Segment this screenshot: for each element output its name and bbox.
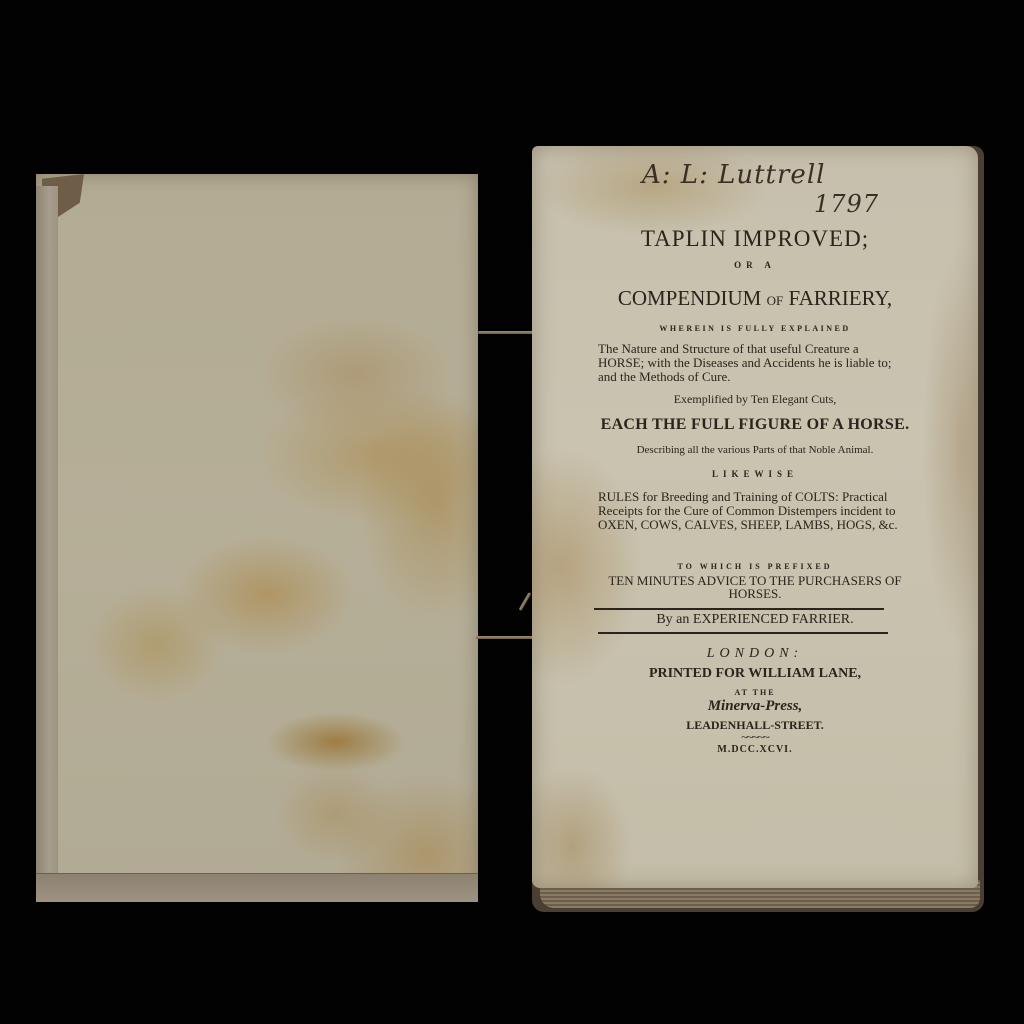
subtitle-part-2: OF: [767, 293, 784, 308]
imprint-city: LONDON:: [532, 646, 978, 662]
binding-string-loose: [519, 592, 532, 611]
rule-bottom: [598, 632, 888, 634]
cover-spine-edge: [36, 186, 58, 876]
cover-bottom-turn-in: [36, 873, 478, 902]
likewise-heading: LIKEWISE: [532, 469, 978, 479]
prefixed-heading: TO WHICH IS PREFIXED: [532, 562, 978, 571]
each-figure-line: EACH THE FULL FIGURE OF A HORSE.: [532, 416, 978, 434]
subtitle-connector: OR A: [532, 260, 978, 270]
subtitle-part-3: FARRIERY,: [788, 286, 892, 310]
imprint-printer: PRINTED FOR WILLIAM LANE,: [532, 666, 978, 682]
imprint-press: Minerva-Press,: [532, 698, 978, 715]
describing-line: Describing all the various Parts of that…: [532, 444, 978, 456]
ornament-rule: ~~~~~: [532, 730, 978, 745]
imprint-date: M.DCC.XCVI.: [532, 744, 978, 755]
ten-minutes-advice: TEN MINUTES ADVICE TO THE PURCHASERS OF …: [592, 574, 918, 600]
imprint-at-the: AT THE: [532, 688, 978, 697]
author-line: By an EXPERIENCED FARRIER.: [532, 612, 978, 628]
binding-string-bottom: [476, 636, 536, 639]
owner-inscription-name: A: L: Luttrell: [642, 160, 825, 190]
detached-front-cover: [36, 174, 478, 902]
description-paragraph-2: RULES for Breeding and Training of COLTS…: [598, 490, 908, 532]
rule-top: [594, 608, 884, 610]
owner-inscription-year: 1797: [814, 190, 879, 218]
wherein-heading: WHEREIN IS FULLY EXPLAINED: [532, 324, 978, 333]
description-paragraph-1: The Nature and Structure of that useful …: [598, 342, 908, 384]
book-subtitle: COMPENDIUM OF FARRIERY,: [532, 286, 978, 311]
book-title: TAPLIN IMPROVED;: [532, 226, 978, 252]
exemplified-line: Exemplified by Ten Elegant Cuts,: [532, 392, 978, 407]
title-page: A: L: Luttrell 1797 TAPLIN IMPROVED; OR …: [532, 146, 978, 888]
subtitle-part-1: COMPENDIUM: [618, 286, 762, 310]
binding-string-top: [478, 331, 536, 334]
